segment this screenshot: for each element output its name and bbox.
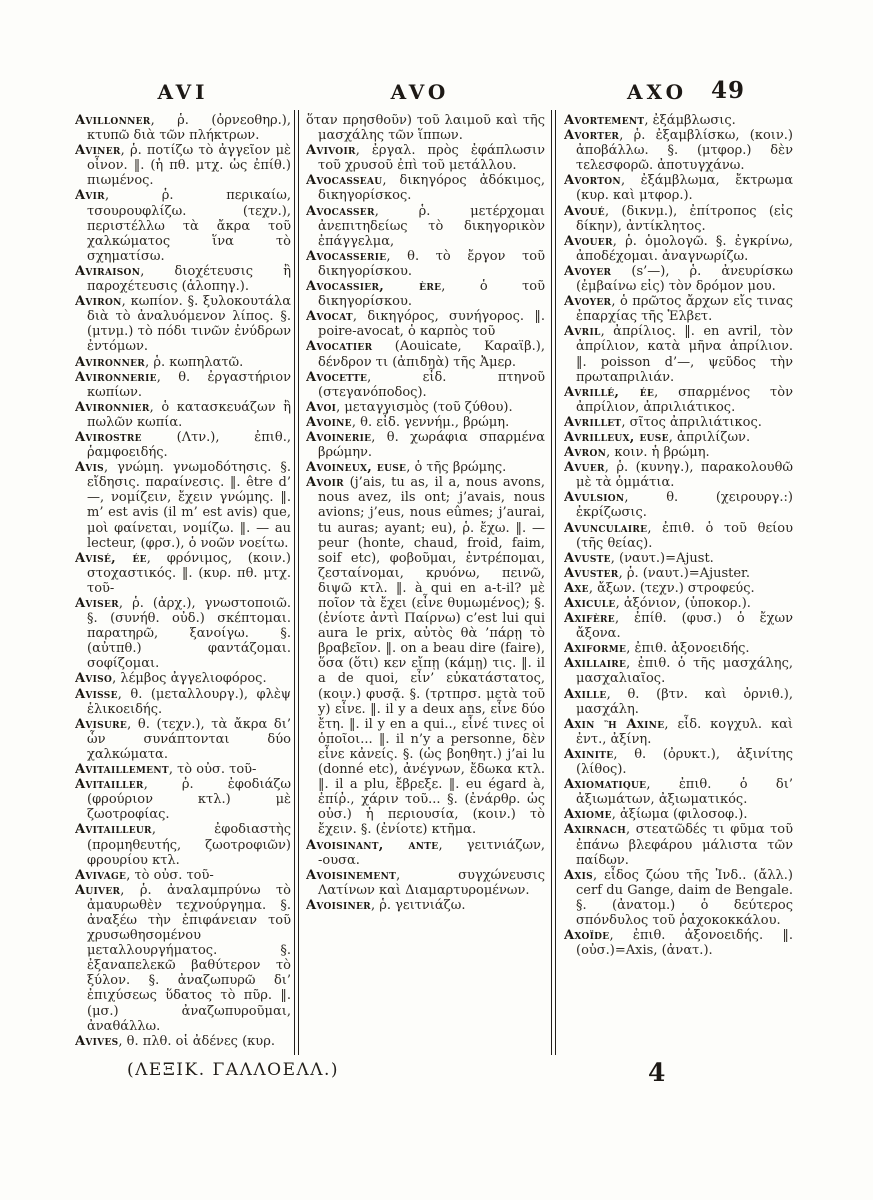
entry-definition: , μεταγγισμὸς (τοῦ ζύθου). xyxy=(336,400,512,415)
headword: Avoinerie xyxy=(306,430,371,445)
headword: Axis xyxy=(564,868,593,883)
dictionary-entry: Avocasser, ῥ. μετέρχομαι ἀνεπιτηδείως τὸ… xyxy=(306,204,545,249)
headword: Avuster xyxy=(564,566,619,581)
entry-definition: , γνώμη. γνωμοδότησις. §. εἴδησις. παραί… xyxy=(87,460,291,550)
headword: Avocatier xyxy=(306,339,372,354)
dictionary-entry: Avocassier, ère, ὁ τοῦ δικηγορίσκου. xyxy=(306,279,545,309)
headword: Avocasser xyxy=(306,204,375,219)
headword: Avoué xyxy=(564,204,605,219)
entry-definition: , δικηγόρος, συνήγορος. ‖. poire-avocat,… xyxy=(318,309,545,339)
entry-definition: , ἀξίωμα (φιλοσοφ.). xyxy=(612,807,748,822)
entry-definition: , τὸ οὐσ. τοῦ- xyxy=(169,762,257,777)
entry-definition: , ἐπιθ. ἀξονοειδής. ‖. (οὐσ.)=Axis, (ἀνα… xyxy=(576,928,793,958)
headword: Avrillé, ée xyxy=(564,385,654,400)
column-divider-right xyxy=(551,110,556,1055)
entry-definition: , ῥ. ἀναλαμπρύνω τὸ ἀμαυρωθὲν τεχνούργημ… xyxy=(87,883,291,1034)
entry-definition: , ἐξάμβλωσις. xyxy=(644,113,735,128)
headword: Avunculaire xyxy=(564,521,647,536)
headword: Avoisiner xyxy=(306,898,371,913)
headword: Axinite xyxy=(564,747,613,762)
guide-word-left: AVI xyxy=(158,80,209,104)
headword: Avillonner xyxy=(75,113,151,128)
headword: Avitaillement xyxy=(75,762,169,777)
column-divider-left xyxy=(294,110,299,1055)
dictionary-entry: Avives, θ. πλθ. οἱ ἀδένες (κυρ. xyxy=(75,1034,291,1049)
dictionary-entry: Avoinerie, θ. χωράφια σπαρμένα βρώμην. xyxy=(306,430,545,460)
entry-definition: , θ. πλθ. οἱ ἀδένες (κυρ. xyxy=(118,1034,275,1049)
dictionary-entry: Avoisinement, συγχώνευσις Λατίνων καὶ Δι… xyxy=(306,868,545,898)
entry-definition: , ῥ. (κυνηγ.), παρακολουθῶ μὲ τὰ ὀμμάτια… xyxy=(576,460,793,490)
dictionary-entry: Avirostre (Λτν.), ἐπιθ., ῥαμφοειδής. xyxy=(75,430,291,460)
headword: Avivoir xyxy=(306,143,356,158)
dictionary-entry: Avoineux, euse, ὁ τῆς βρώμης. xyxy=(306,460,545,475)
dictionary-entry: Avoisiner, ῥ. γειτνιάζω. xyxy=(306,898,545,913)
headword: Avrillet xyxy=(564,415,621,430)
headword: Avitailler xyxy=(75,777,144,792)
entry-definition: , κοιν. ἡ βρώμη. xyxy=(606,445,710,460)
headword: Avisure xyxy=(75,717,127,732)
dictionary-entry: Axoïde, ἐπιθ. ἀξονοειδής. ‖. (οὐσ.)=Axis… xyxy=(564,928,793,958)
headword: Avoisinement xyxy=(306,868,396,883)
entry-definition: , ὁ τῆς βρώμης. xyxy=(406,460,506,475)
headword: Avocat xyxy=(306,309,353,324)
headword: Avis xyxy=(75,460,104,475)
entry-definition: , σῖτος ἀπριλιάτικος. xyxy=(621,415,762,430)
column-middle: ὅταν πρησθοῦν) τοῦ λαιμοῦ καὶ τῆς μασχάλ… xyxy=(306,113,545,1060)
headword: Avoineux, euse xyxy=(306,460,406,475)
dictionary-entry: Avisse, θ. (μεταλλουργ.), φλὲψ ἑλικοειδή… xyxy=(75,687,291,717)
dictionary-entry: Axin ἢ Axine, εἶδ. κογχυλ. καὶ ἐντ., ἀξί… xyxy=(564,717,793,747)
entry-definition: , (ναυτ.)=Ajust. xyxy=(611,551,714,566)
entry-definition: , ῥ. περικαίω, τσουρουφλίζω. (τεχν.), πε… xyxy=(87,188,291,263)
dictionary-entry: Avoine, θ. εἶδ. γεννήμ., βρώμη. xyxy=(306,415,545,430)
entry-definition: , θ. (μεταλλουργ.), φλὲψ ἑλικοειδής. xyxy=(87,687,291,717)
dictionary-entry: Avunculaire, ἐπιθ. ὁ τοῦ θείου (τῆς θεία… xyxy=(564,521,793,551)
dictionary-entry: Aviser, ῥ. (ἀρχ.), γνωστοποιῶ. §. (συνήθ… xyxy=(75,596,291,671)
dictionary-entry: Auiver, ῥ. ἀναλαμπρύνω τὸ ἀμαυρωθὲν τεχν… xyxy=(75,883,291,1034)
dictionary-entry: Avouer, ῥ. ὁμολογῶ. §. ἐγκρίνω, ἀποδέχομ… xyxy=(564,234,793,264)
footer-signature: (ΛΕΞΙΚ. ΓΑΛΛΟΕΛΛ.) xyxy=(127,1060,339,1080)
headword: Avironnerie xyxy=(75,370,157,385)
dictionary-entry: Avironnerie, θ. ἐργαστήριον κωπίων. xyxy=(75,370,291,400)
headword: Avorter xyxy=(564,128,619,143)
headword: Avoyer xyxy=(564,294,611,309)
entry-definition: , λέμβος ἀγγελιοφόρος. xyxy=(112,671,266,686)
entry-definition: , θ. (βτν. καὶ ὀρνιθ.), μασχάλη. xyxy=(576,687,793,717)
entry-definition: , ἀξόνιον, (ὑποκορ.). xyxy=(616,596,751,611)
dictionary-entry: Avrilleux, euse, ἀπριλίζων. xyxy=(564,430,793,445)
dictionary-entry: Avis, γνώμη. γνωμοδότησις. §. εἴδησις. π… xyxy=(75,460,291,551)
dictionary-entry: Aviso, λέμβος ἀγγελιοφόρος. xyxy=(75,671,291,686)
dictionary-entry: Avortement, ἐξάμβλωσις. xyxy=(564,113,793,128)
column-left: Avillonner, ῥ. (ὀρνεοθηρ.), κτυπῶ διὰ τῶ… xyxy=(75,113,291,1060)
dictionary-entry: Axiforme, ἐπιθ. ἀξονοειδής. xyxy=(564,641,793,656)
headword: Aviron xyxy=(75,294,122,309)
dictionary-entry: Axillaire, ἐπιθ. ὁ τῆς μασχάλης, μασχαλι… xyxy=(564,656,793,686)
entry-definition: , (δικνμ.), ἐπίτροπος (εἰς δίκην), ἀντίκ… xyxy=(576,204,793,234)
entry-definition: , ἀπρίλιος. ‖. en avril, τὸν ἀπρίλιον, κ… xyxy=(576,324,793,384)
entry-definition: (j’ais, tu as, il a, nous avons, nous av… xyxy=(318,475,545,837)
headword: Avrilleux, euse xyxy=(564,430,669,445)
dictionary-entry: Axis, εἶδος ζώου τῆς Ἰνδ.. (ἄλλ.) cerf d… xyxy=(564,868,793,928)
dictionary-entry: Avuster, ῥ. (ναυτ.)=Ajuster. xyxy=(564,566,793,581)
headword: Aviso xyxy=(75,671,112,686)
guide-word-center: AVO xyxy=(391,80,450,104)
headword: Aviraison xyxy=(75,264,140,279)
entry-definition: , θ. εἶδ. γεννήμ., βρώμη. xyxy=(352,415,509,430)
dictionary-entry: Avuste, (ναυτ.)=Ajust. xyxy=(564,551,793,566)
dictionary-entry: Avorton, ἐξάμβλωμα, ἔκτρωμα (κυρ. καὶ μτ… xyxy=(564,173,793,203)
headword: Avives xyxy=(75,1034,118,1049)
headword: Avorton xyxy=(564,173,621,188)
dictionary-entry: Avril, ἀπρίλιος. ‖. en avril, τὸν ἀπρίλι… xyxy=(564,324,793,384)
dictionary-entry: Avivage, τὸ οὐσ. τοῦ- xyxy=(75,868,291,883)
dictionary-entry: Avocette, εἶδ. πτηνοῦ (στεγανόποδος). xyxy=(306,370,545,400)
dictionary-entry: Avironnier, ὁ κατασκευάζων ἢ πωλῶν κωπία… xyxy=(75,400,291,430)
dictionary-entry: Avisé, ée, φρόνιμος, (κοιν.) στοχαστικός… xyxy=(75,551,291,596)
dictionary-entry: Avoisinant, ante, γειτνιάζων, -ουσα. xyxy=(306,838,545,868)
headword: Avortement xyxy=(564,113,644,128)
entry-definition: , ἐπιθ. ἀξονοειδής. xyxy=(626,641,749,656)
dictionary-entry: Aviron, κωπίον. §. ξυλοκουτάλα διὰ τὸ ἀν… xyxy=(75,294,291,354)
headword: Avoisinant, ante xyxy=(306,838,438,853)
headword: Avocette xyxy=(306,370,367,385)
headword: Avulsion xyxy=(564,490,624,505)
headword: Avron xyxy=(564,445,606,460)
dictionary-entry: Avivoir, ἐργαλ. πρὸς ἐφάπλωσιν τοῦ χρυσο… xyxy=(306,143,545,173)
dictionary-entry: Avron, κοιν. ἡ βρώμη. xyxy=(564,445,793,460)
dictionary-entry: Axiomatique, ἐπιθ. ὁ δι’ ἀξιωμάτων, ἀξιω… xyxy=(564,777,793,807)
headword: Axe xyxy=(564,581,589,596)
headword: Auiver xyxy=(75,883,120,898)
dictionary-entry: Avillonner, ῥ. (ὀρνεοθηρ.), κτυπῶ διὰ τῶ… xyxy=(75,113,291,143)
headword: Axiomatique xyxy=(564,777,646,792)
headword: Avivage xyxy=(75,868,126,883)
headword: Aviser xyxy=(75,596,119,611)
guide-word-right: AXO xyxy=(627,80,687,104)
dictionary-entry: Avoi, μεταγγισμὸς (τοῦ ζύθου). xyxy=(306,400,545,415)
dictionary-entry: Avulsion, θ. (χειρουργ.:) ἐκρίζωσις. xyxy=(564,490,793,520)
headword: Avironner xyxy=(75,355,145,370)
headword: Axin ἢ Axine xyxy=(564,717,664,732)
dictionary-entry: Avoué, (δικνμ.), ἐπίτροπος (εἰς δίκην), … xyxy=(564,204,793,234)
dictionary-entry: Aviner, ῥ. ποτίζω τὸ ἀγγεῖον μὲ οἶνον. ‖… xyxy=(75,143,291,188)
dictionary-entry: Avironner, ῥ. κωπηλατῶ. xyxy=(75,355,291,370)
headword: Axillaire xyxy=(564,656,626,671)
headword: Axirnach xyxy=(564,822,626,837)
entry-definition: , τὸ οὐσ. τοῦ- xyxy=(126,868,214,883)
dictionary-entry: Avocasserie, θ. τὸ ἔργον τοῦ δικηγορίσκο… xyxy=(306,249,545,279)
dictionary-page: AVI AVO AXO 49 Avillonner, ῥ. (ὀρνεοθηρ.… xyxy=(0,0,873,1200)
headword: Avoyer xyxy=(564,264,611,279)
dictionary-entry: Avuer, ῥ. (κυνηγ.), παρακολουθῶ μὲ τὰ ὀμ… xyxy=(564,460,793,490)
headword: Avocasseau xyxy=(306,173,382,188)
headword: Avuer xyxy=(564,460,605,475)
dictionary-entry: Avoir (j’ais, tu as, il a, nous avons, n… xyxy=(306,475,545,837)
dictionary-entry: Avoyer, ὁ πρῶτος ἄρχων εἴς τινας ἐπαρχία… xyxy=(564,294,793,324)
headword: Axifère xyxy=(564,611,615,626)
dictionary-entry: Axiome, ἀξίωμα (φιλοσοφ.). xyxy=(564,807,793,822)
headword: Aviner xyxy=(75,143,121,158)
sheet-number: 4 xyxy=(648,1058,665,1087)
dictionary-entry: Axinite, θ. (ὀρυκτ.), ἀξινίτης (λίθος). xyxy=(564,747,793,777)
dictionary-entry: Avocasseau, δικηγόρος ἀδόκιμος, δικηγορί… xyxy=(306,173,545,203)
headword: Avisé, ée xyxy=(75,551,147,566)
headword: Avisse xyxy=(75,687,118,702)
entry-definition: , ῥ. γειτνιάζω. xyxy=(371,898,466,913)
headword: Avocasserie xyxy=(306,249,386,264)
dictionary-entry: Avitailleur, ἐφοδιαστὴς (προμηθευτής, ζω… xyxy=(75,822,291,867)
headword: Avironnier xyxy=(75,400,150,415)
headword: Avitailleur xyxy=(75,822,152,837)
column-right: Avortement, ἐξάμβλωσις.Avorter, ῥ. ἐξαμβ… xyxy=(564,113,793,1060)
page-number: 49 xyxy=(711,77,745,104)
headword: Avoi xyxy=(306,400,336,415)
entry-definition: , ῥ. (ναυτ.)=Ajuster. xyxy=(619,566,750,581)
dictionary-entry: Avocat, δικηγόρος, συνήγορος. ‖. poire-a… xyxy=(306,309,545,339)
entry-definition: ὅταν πρησθοῦν) τοῦ λαιμοῦ καὶ τῆς μασχάλ… xyxy=(306,113,545,143)
headword: Avirostre xyxy=(75,430,142,445)
headword: Avuste xyxy=(564,551,611,566)
headword: Axille xyxy=(564,687,607,702)
dictionary-entry: Avocatier (Aouicate, Καραϊβ.), δένδρον τ… xyxy=(306,339,545,369)
headword: Axicule xyxy=(564,596,616,611)
headword: Avocassier, ère xyxy=(306,279,441,294)
dictionary-entry: Avisure, θ. (τεχν.), τὰ ἄκρα δι’ ὧν συνά… xyxy=(75,717,291,762)
headword: Axiforme xyxy=(564,641,626,656)
dictionary-entry: Axicule, ἀξόνιον, (ὑποκορ.). xyxy=(564,596,793,611)
headword: Axiome xyxy=(564,807,612,822)
headword: Avril xyxy=(564,324,601,339)
headword: Avoir xyxy=(306,475,344,490)
dictionary-entry: Axille, θ. (βτν. καὶ ὀρνιθ.), μασχάλη. xyxy=(564,687,793,717)
dictionary-entry: Axirnach, στεατῶδές τι φῦμα τοῦ ἐπάνω βλ… xyxy=(564,822,793,867)
dictionary-entry: Aviraison, διοχέτευσις ἢ παροχέτευσις (ἁ… xyxy=(75,264,291,294)
dictionary-entry: Avrillé, ée, σπαρμένος τὸν ἀπρίλιον, ἀπρ… xyxy=(564,385,793,415)
dictionary-entry: Avitaillement, τὸ οὐσ. τοῦ- xyxy=(75,762,291,777)
dictionary-entry: Avrillet, σῖτος ἀπριλιάτικος. xyxy=(564,415,793,430)
dictionary-entry: Avitailler, ῥ. ἐφοδιάζω (φρούριον κτλ.) … xyxy=(75,777,291,822)
dictionary-entry: Axifère, ἐπίθ. (φυσ.) ὁ ἔχων ἄξονα. xyxy=(564,611,793,641)
entry-definition: , ἀπριλίζων. xyxy=(669,430,750,445)
headword: Avouer xyxy=(564,234,613,249)
dictionary-entry: Axe, ἄξων. (τεχν.) στροφεύς. xyxy=(564,581,793,596)
entry-definition: , ἄξων. (τεχν.) στροφεύς. xyxy=(589,581,755,596)
headword: Avir xyxy=(75,188,105,203)
headword: Axoïde xyxy=(564,928,609,943)
dictionary-entry: Avoyer (s’—), ῥ. ἀνευρίσκω (ἐμβαίνω εἰς)… xyxy=(564,264,793,294)
entry-continuation: ὅταν πρησθοῦν) τοῦ λαιμοῦ καὶ τῆς μασχάλ… xyxy=(306,113,545,143)
dictionary-entry: Avir, ῥ. περικαίω, τσουρουφλίζω. (τεχν.)… xyxy=(75,188,291,263)
headword: Avoine xyxy=(306,415,352,430)
dictionary-entry: Avorter, ῥ. ἐξαμβλίσκω, (κοιν.) ἀποβάλλω… xyxy=(564,128,793,173)
entry-definition: , εἶδος ζώου τῆς Ἰνδ.. (ἄλλ.) cerf du Ga… xyxy=(576,868,793,928)
entry-definition: , ῥ. κωπηλατῶ. xyxy=(145,355,243,370)
